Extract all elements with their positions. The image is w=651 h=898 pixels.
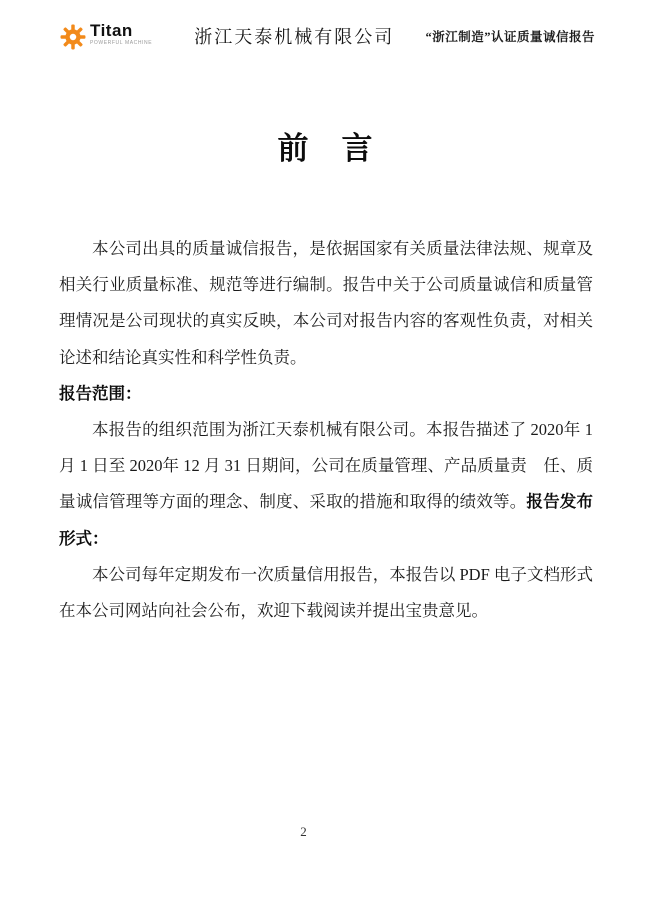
logo-tagline-text: POWERFUL MACHINE [90, 41, 152, 46]
gear-icon [60, 24, 86, 50]
section-heading: 报告范围： [59, 384, 142, 403]
paragraph: 报告范围： [59, 376, 593, 412]
page-title: 前 言 [0, 123, 651, 168]
paragraph: 本报告的组织范围为浙江天泰机械有限公司。本报告描述了 2020年 1 月 1 日… [59, 412, 593, 557]
logo-brand-text: Titan [90, 22, 152, 39]
paragraph-text: 本公司每年定期发布一次质量信用报告，本报告以 PDF 电子文档形式在本公司网站向… [59, 565, 593, 620]
page-header: Titan POWERFUL MACHINE 浙江天泰机械有限公司 “浙江制造”… [60, 22, 595, 50]
paragraph: 本公司出具的质量诚信报告，是依据国家有关质量法律法规、规章及相关行业质量标准、规… [59, 231, 593, 376]
logo-text: Titan POWERFUL MACHINE [90, 22, 152, 46]
document-body: 本公司出具的质量诚信报告，是依据国家有关质量法律法规、规章及相关行业质量标准、规… [59, 231, 593, 629]
paragraph-text: 本公司出具的质量诚信报告，是依据国家有关质量法律法规、规章及相关行业质量标准、规… [59, 239, 593, 367]
document-page: Titan POWERFUL MACHINE 浙江天泰机械有限公司 “浙江制造”… [0, 0, 651, 898]
company-name: 浙江天泰机械有限公司 [194, 23, 394, 49]
paragraph: 本公司每年定期发布一次质量信用报告，本报告以 PDF 电子文档形式在本公司网站向… [59, 557, 593, 629]
report-title: “浙江制造”认证质量诚信报告 [425, 27, 595, 45]
page-number: 2 [0, 824, 607, 840]
paragraph-text: 本报告的组织范围为浙江天泰机械有限公司。本报告描述了 2020年 1 月 1 日… [59, 420, 593, 511]
company-logo: Titan POWERFUL MACHINE [60, 22, 152, 50]
